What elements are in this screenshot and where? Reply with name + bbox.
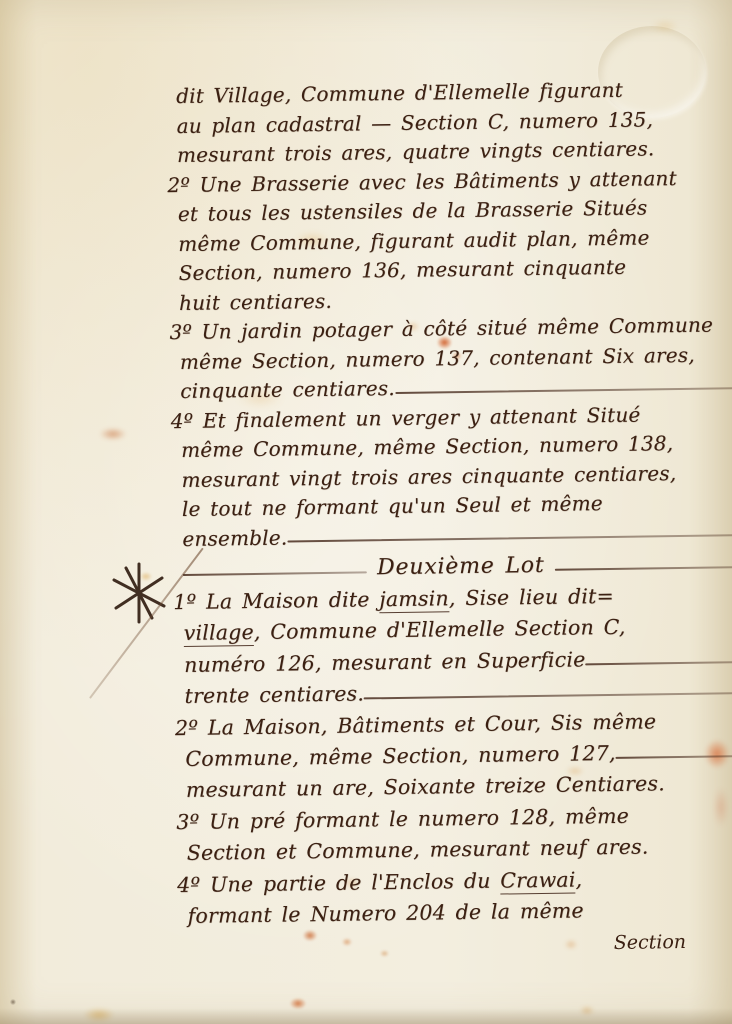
ink-flourish-rule	[287, 534, 732, 542]
foxing-stain	[100, 428, 126, 440]
foxing-stain	[290, 998, 306, 1009]
foxing-stain	[84, 1008, 114, 1022]
line-text: Deuxième Lot	[367, 549, 555, 585]
manuscript-text-block: dit Village, Commune d'Ellemelle figuran…	[176, 74, 732, 960]
line-text: formant le Numero 204 de la même	[187, 895, 584, 932]
foxing-stain	[580, 1006, 594, 1015]
ink-flourish-rule	[555, 566, 732, 571]
line-text: ensemble.	[182, 523, 287, 554]
underlined-word: Crawai	[500, 867, 576, 894]
catchword: Section	[188, 931, 732, 961]
underlined-word: jamsin	[379, 586, 449, 613]
ink-flourish-rule	[364, 692, 732, 699]
ink-flourish-rule	[395, 387, 732, 394]
line-text: le tout ne formant qu'un Seul et même	[182, 489, 603, 524]
line-text: numéro 126, mesurant en Superficie	[184, 644, 586, 681]
ink-flourish-rule	[616, 755, 732, 759]
underlined-word: village	[184, 620, 254, 647]
line-text: Section, numero 136, mesurant cinquante	[178, 253, 626, 289]
line-text: cinquante centiares.	[180, 374, 395, 406]
ink-flourish-rule	[585, 661, 732, 665]
foxing-stain	[10, 999, 16, 1005]
line-text: huit centiares.	[179, 286, 332, 318]
ink-flourish-rule	[183, 571, 367, 576]
margin-asterisk-icon	[106, 560, 172, 626]
manuscript-line: formant le Numero 204 de la même	[187, 893, 732, 932]
line-text: trente centiares.	[184, 679, 364, 713]
manuscript-page: dit Village, Commune d'Ellemelle figuran…	[0, 0, 732, 1024]
